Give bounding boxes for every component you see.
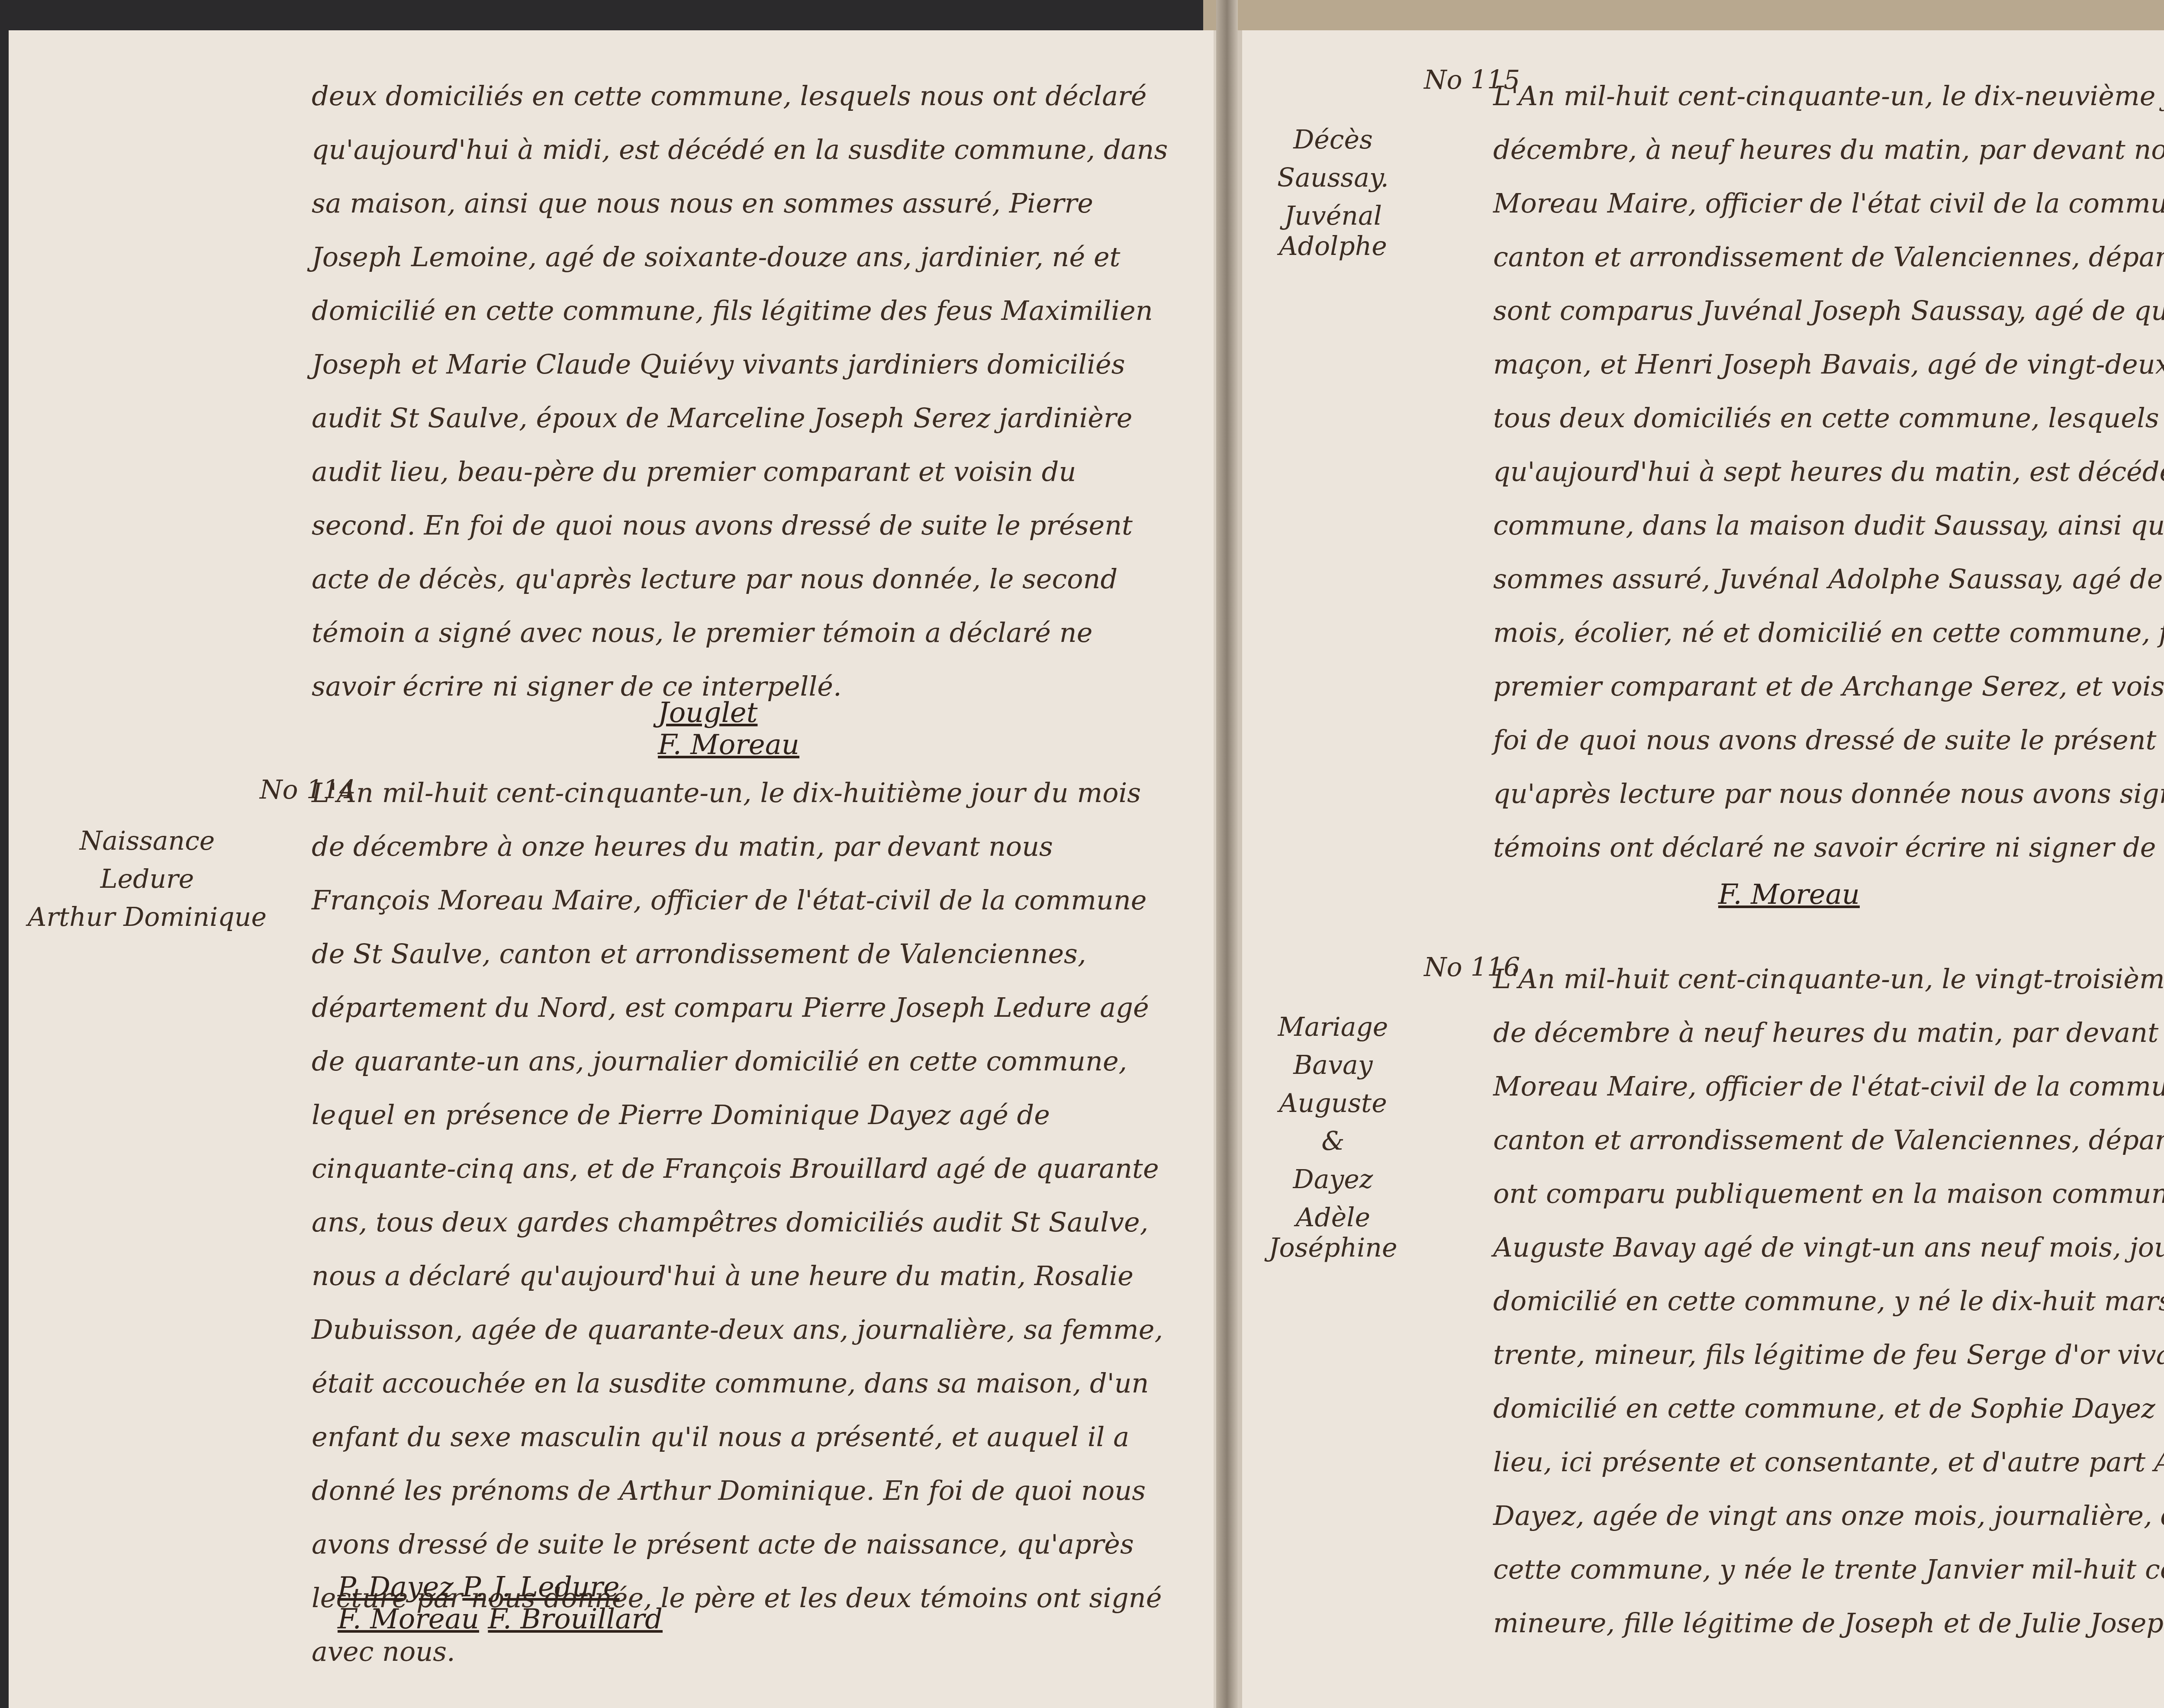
left-page: deux domiciliés en cette commune, lesque… [9, 30, 1216, 1708]
acte-114-signatures: P. Dayez P. J. Ledure F. Moreau F. Broui… [338, 1571, 663, 1635]
acte-116-text: L'An mil-huit cent-cinquante-un, le ving… [1493, 952, 2164, 1650]
signature: F. Moreau [338, 1603, 479, 1635]
margin-given-names: Adèle Joséphine [1242, 1202, 1424, 1263]
margin-surname: Saussay. [1242, 163, 1424, 193]
acte-margin-note: Mariage Bavay Auguste & Dayez Adèle José… [1242, 1004, 1424, 1271]
margin-type: Mariage [1242, 1012, 1424, 1042]
book-spine [1216, 0, 1238, 1708]
signature: P. J. Ledure [462, 1571, 619, 1603]
acte-continuation-text: deux domiciliés en cette commune, lesque… [312, 69, 1179, 713]
margin-surname: Bavay [1242, 1050, 1424, 1080]
margin-type: Décès [1242, 125, 1424, 155]
margin-surname: Dayez [1242, 1164, 1424, 1195]
signature: F. Brouillard [488, 1603, 663, 1635]
acte-115-signatures: F. Moreau [1718, 879, 1860, 911]
signature: F. Moreau [658, 729, 799, 761]
acte-114-text: L'An mil-huit cent-cinquante-un, le dix-… [312, 766, 1179, 1679]
signature: F. Moreau [1718, 879, 1860, 911]
margin-surname: Ledure [26, 864, 268, 894]
acte-115-text: L'An mil-huit cent-cinquante-un, le dix-… [1493, 69, 2164, 874]
acte-margin-note: Naissance Ledure Arthur Dominique [26, 818, 268, 940]
margin-given-names: Arthur Dominique [26, 902, 268, 932]
margin-type: Naissance [26, 826, 268, 856]
book-top-edge [1203, 0, 2164, 30]
signature: P. Dayez [338, 1571, 454, 1603]
margin-given-names: Juvénal Adolphe [1242, 201, 1424, 261]
continuation-signatures: Jouglet F. Moreau [658, 697, 799, 761]
signature: Jouglet [658, 697, 757, 729]
acte-margin-note: Décès Saussay. Juvénal Adolphe [1242, 117, 1424, 269]
margin-ampersand: & [1242, 1126, 1424, 1157]
right-page: 38e feuillet 9 No 115 Décès Saussay. Juv… [1238, 30, 2164, 1708]
margin-given-names: Auguste [1242, 1088, 1424, 1118]
